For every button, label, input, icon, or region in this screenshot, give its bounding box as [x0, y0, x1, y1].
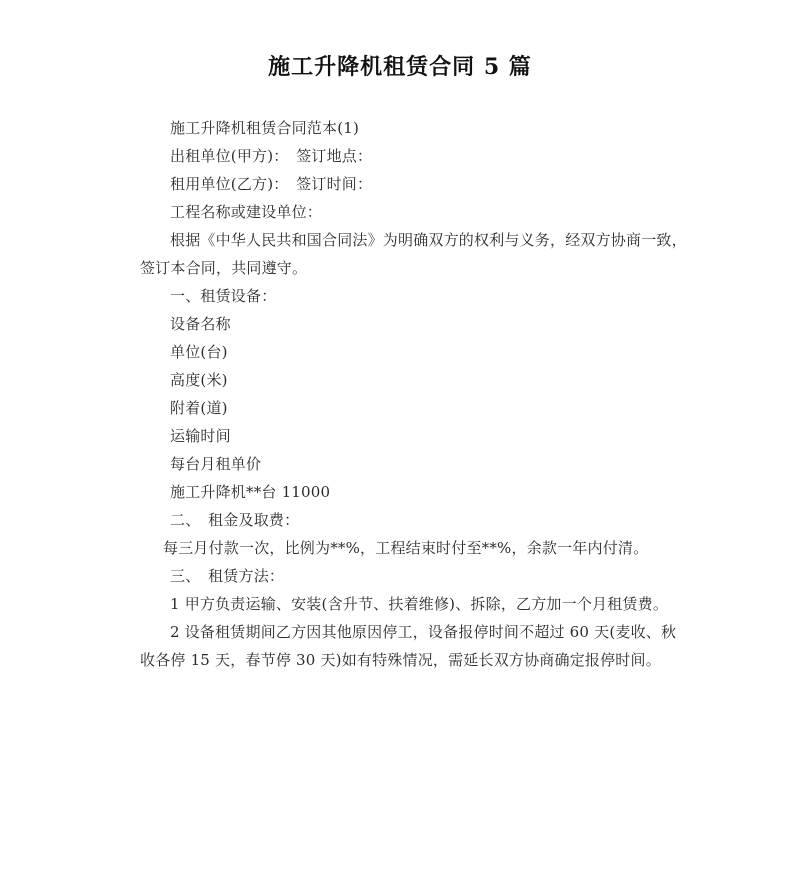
doc-line-lessee-party: 租用单位(乙方)： 签订时间： [170, 175, 372, 194]
document-page: 施工升降机租赁合同 5 篇 施工升降机租赁合同范本(1) 出租单位(甲方)： 签… [0, 0, 800, 877]
doc-line-section-1-heading: 一、租赁设备： [170, 287, 276, 306]
doc-line-equipment-name: 设备名称 [170, 315, 231, 334]
doc-line-payment-terms: 每三月付款一次，比例为**%，工程结束时付至**%，余款一年内付清。 [163, 539, 648, 558]
doc-line-clause-1: 1 甲方负责运输、安装(含升节、扶着维修)、拆除，乙方加一个月租赁费。 [170, 595, 668, 614]
doc-line-clause-2b: 收各停 15 天，春节停 30 天)如有特殊情况，需延长双方协商确定报停时间。 [140, 651, 661, 670]
doc-line-section-3-heading: 三、 租赁方法： [170, 567, 284, 586]
doc-line-preamble-1: 根据《中华人民共和国合同法》为明确双方的权利与义务，经双方协商一致， [170, 231, 687, 250]
doc-line-project-name: 工程名称或建设单位： [170, 203, 322, 222]
doc-line-section-2-heading: 二、 租金及取费： [170, 511, 299, 530]
doc-line-height: 高度(米) [170, 371, 228, 390]
doc-line-unit: 单位(台) [170, 343, 228, 362]
doc-line-hoist-price: 施工升降机**台 11000 [170, 483, 330, 502]
doc-line-preamble-2: 签订本合同，共同遵守。 [140, 259, 307, 278]
doc-line-transport-time: 运输时间 [170, 427, 231, 446]
doc-line-monthly-rent-label: 每台月租单价 [170, 455, 261, 474]
doc-line-attachment: 附着(道) [170, 399, 228, 418]
doc-line-lessor-party: 出租单位(甲方)： 签订地点： [170, 147, 372, 166]
doc-line-clause-2a: 2 设备租赁期间乙方因其他原因停工，设备报停时间不超过 60 天(麦收、秋 [170, 623, 676, 642]
document-title: 施工升降机租赁合同 5 篇 [0, 50, 800, 81]
doc-line-subtitle: 施工升降机租赁合同范本(1) [170, 119, 359, 138]
